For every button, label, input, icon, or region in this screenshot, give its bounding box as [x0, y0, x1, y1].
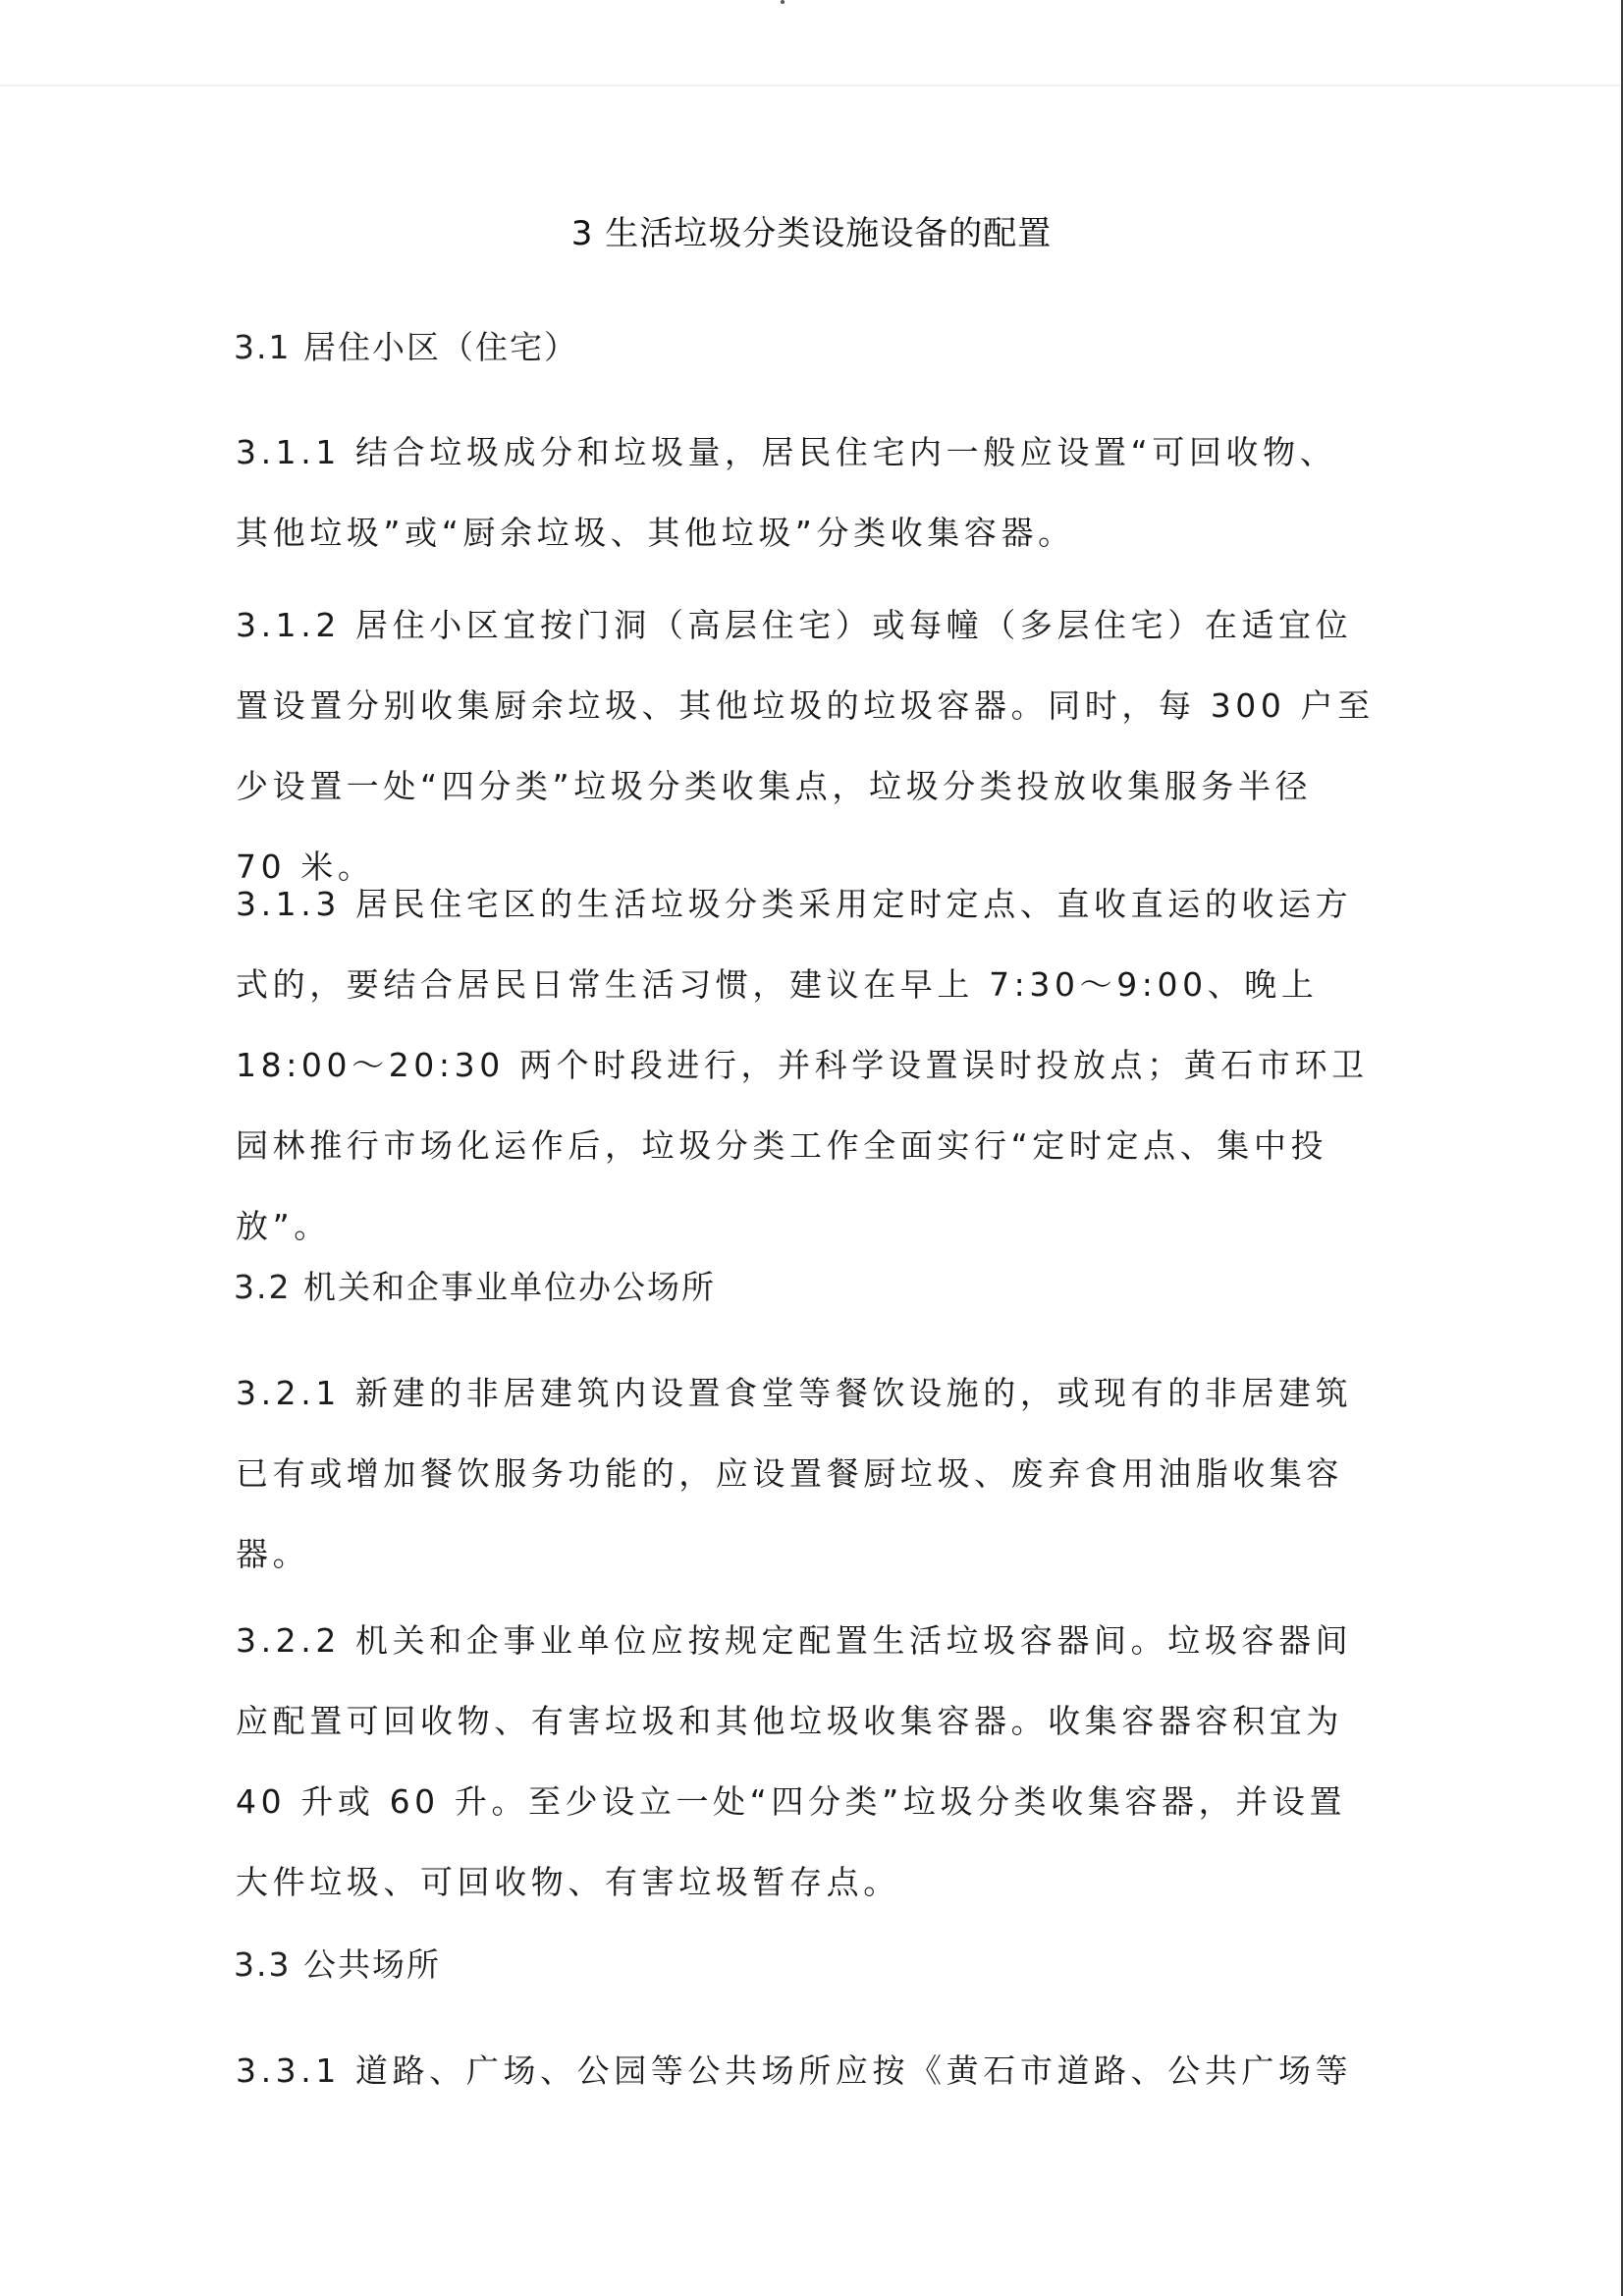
scan-artifact-speck [781, 0, 784, 4]
paragraph-3-1-2: 3.1.2 居住小区宜按门洞（高层住宅）或每幢（多层住宅）在适宜位 置设置分别收… [236, 585, 1389, 907]
paragraph-line: 3.3.1 道路、广场、公园等公共场所应按《黄石市道路、公共广场等 [236, 2031, 1389, 2111]
paragraph-line: 放”。 [236, 1186, 1389, 1267]
paragraph-3-1-1: 3.1.1 结合垃圾成分和垃圾量，居民住宅内一般应设置“可回收物、 其他垃圾”或… [236, 412, 1389, 574]
paragraph-line: 应配置可回收物、有害垃圾和其他垃圾收集容器。收集容器容积宜为 [236, 1681, 1389, 1762]
paragraph-line: 3.1.2 居住小区宜按门洞（高层住宅）或每幢（多层住宅）在适宜位 [236, 585, 1389, 666]
scanned-document-page: 3 生活垃圾分类设施设备的配置 3.1 居住小区（住宅） 3.1.1 结合垃圾成… [0, 0, 1623, 2296]
paragraph-line: 3.1.3 居民住宅区的生活垃圾分类采用定时定点、直收直运的收运方 [236, 864, 1389, 945]
paragraph-line: 其他垃圾”或“厨余垃圾、其他垃圾”分类收集容器。 [236, 493, 1389, 574]
paragraph-line: 式的，要结合居民日常生活习惯，建议在早上 7:30～9:00、晚上 [236, 945, 1389, 1025]
paragraph-line: 器。 [236, 1514, 1389, 1595]
section-heading-3-3: 3.3 公共场所 [234, 1940, 441, 1986]
section-heading-3-1: 3.1 居住小区（住宅） [234, 322, 578, 368]
paragraph-line: 3.1.1 结合垃圾成分和垃圾量，居民住宅内一般应设置“可回收物、 [236, 412, 1389, 493]
paragraph-line: 3.2.2 机关和企事业单位应按规定配置生活垃圾容器间。垃圾容器间 [236, 1601, 1389, 1681]
paragraph-line: 18:00～20:30 两个时段进行，并科学设置误时投放点；黄石市环卫 [236, 1025, 1389, 1106]
paragraph-line: 40 升或 60 升。至少设立一处“四分类”垃圾分类收集容器，并设置 [236, 1762, 1389, 1842]
paragraph-3-3-1: 3.3.1 道路、广场、公园等公共场所应按《黄石市道路、公共广场等 [236, 2031, 1389, 2111]
paragraph-line: 3.2.1 新建的非居建筑内设置食堂等餐饮设施的，或现有的非居建筑 [236, 1353, 1389, 1434]
paragraph-3-2-1: 3.2.1 新建的非居建筑内设置食堂等餐饮设施的，或现有的非居建筑 已有或增加餐… [236, 1353, 1389, 1595]
paragraph-line: 少设置一处“四分类”垃圾分类收集点，垃圾分类投放收集服务半径 [236, 746, 1389, 827]
paragraph-line: 置设置分别收集厨余垃圾、其他垃圾的垃圾容器。同时，每 300 户至 [236, 666, 1389, 746]
paragraph-3-1-3: 3.1.3 居民住宅区的生活垃圾分类采用定时定点、直收直运的收运方 式的，要结合… [236, 864, 1389, 1267]
paragraph-line: 园林推行市场化运作后，垃圾分类工作全面实行“定时定点、集中投 [236, 1106, 1389, 1186]
paragraph-line: 大件垃圾、可回收物、有害垃圾暂存点。 [236, 1842, 1389, 1923]
section-heading-3-2: 3.2 机关和企事业单位办公场所 [234, 1262, 716, 1308]
scan-artifact-line [0, 84, 1620, 86]
chapter-title: 3 生活垃圾分类设施设备的配置 [0, 206, 1623, 254]
paragraph-line: 已有或增加餐饮服务功能的，应设置餐厨垃圾、废弃食用油脂收集容 [236, 1434, 1389, 1514]
paragraph-3-2-2: 3.2.2 机关和企事业单位应按规定配置生活垃圾容器间。垃圾容器间 应配置可回收… [236, 1601, 1389, 1923]
